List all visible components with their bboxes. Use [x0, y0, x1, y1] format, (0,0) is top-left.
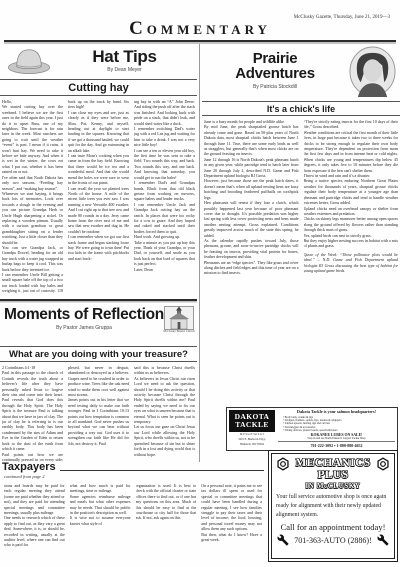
prairie-byline: By Patricia Stockdill: [202, 84, 348, 90]
cowboy-hat-photo: [0, 45, 52, 76]
church-caption: McClusky Baptist Church: [163, 330, 195, 334]
hat-tips-column-2: back up on the truck by hand. Six tiers …: [68, 99, 129, 294]
dakota-address-line1: 3201 E. Bismarck Expy.: [229, 438, 275, 441]
mechanics-phone-row: 701-363-AUTO (2886)!: [276, 534, 390, 546]
hat-tips-titlebox: Hat Tips By Dean Meyer: [52, 48, 197, 73]
moments-header: Moments of Reflection By Pastor James Gr…: [0, 305, 197, 343]
moments-top-rule: [0, 299, 197, 301]
dakota-ad-copy: Dakota Tackle is your salmon headquarter…: [278, 410, 395, 448]
mechanics-cta: Call for an appointment today!: [276, 522, 390, 532]
dakota-address-line2: Bismarck, ND 58504: [229, 443, 275, 446]
dakota-tackle-logo-block: DAKOTA TACKLE M-F 9 to 8; Sat 9 to 5 320…: [229, 410, 275, 448]
moments-column-1: 2 Corinthians 4:1-18 Paul in this passag…: [2, 365, 63, 462]
mechanics-phone: 701-363-AUTO (2886)!: [294, 536, 371, 545]
hat-tips-headline: Cutting hay: [0, 79, 197, 96]
moments-body: 2 Corinthians 4:1-18 Paul in this passag…: [0, 362, 197, 462]
moments-title: Moments of Reflection: [0, 307, 168, 323]
taxpayers-column-4: On a personal note, it pains me to see t…: [201, 483, 262, 560]
hex-nut-icon: [376, 457, 390, 471]
dakota-tagline: Stop in and see North Dakota's Largest T…: [278, 437, 395, 440]
hat-tips-column-3: ing hay in with an “A” John Deere. And r…: [134, 99, 195, 294]
mechanics-plus-ad[interactable]: MECHANICS PLUS IN McCLUSKY Your full ser…: [268, 450, 398, 562]
wrench-icon: [277, 534, 289, 546]
dakota-headline: Dakota Tackle is your salmon headquarter…: [278, 410, 395, 415]
mechanics-ad-inner: MECHANICS PLUS IN McCLUSKY Your full ser…: [271, 453, 395, 559]
wrench-icon: [377, 534, 389, 546]
taxpayers-body: sions and boards may be paid for each re…: [2, 480, 264, 560]
hat-tips-byline: By Dean Meyer: [52, 67, 197, 73]
moments-column-2: plexed, but never in despair, abandoned …: [68, 365, 129, 462]
prairie-column-1: June is a busy month for people and wild…: [204, 119, 299, 404]
mechanics-body-text: Your full service automotive shop is onc…: [276, 493, 390, 519]
hat-tips-header: Hat Tips By Dean Meyer: [0, 44, 197, 76]
prairie-headline: It's a chick's life: [202, 101, 400, 116]
taxpayers-column-3: organization is used. It is best to chec…: [136, 483, 197, 560]
taxpayers-headrow: Taxpayers: [2, 462, 264, 473]
hex-nut-icon: [276, 457, 290, 471]
dakota-bullet-list: • Body baits, cranks & jigs • Dodgers, f…: [283, 416, 395, 432]
dakota-tackle-logo: DAKOTA TACKLE: [229, 410, 275, 432]
taxpayers-section: Taxpayers continued from page 2 sions an…: [2, 462, 264, 560]
mechanics-subtitle: IN McCLUSKY: [290, 482, 376, 490]
prairie-titlebox: Prairie Adventures By Patricia Stockdill: [202, 52, 348, 89]
dakota-logo-line2: TACKLE: [229, 421, 275, 429]
hat-tips-body: Hello, We started cutting hay over the w…: [0, 96, 197, 294]
taxpayers-continued-note: continued from page 2: [4, 474, 264, 479]
hat-tips-column-1: Hello, We started cutting hay over the w…: [2, 99, 63, 294]
prairie-title-line2: Adventures: [202, 67, 348, 82]
moments-byline: By Pastor James Gruppa: [0, 325, 168, 331]
quote-of-the-week: Quote of the Week: “Those pollinator plo…: [304, 252, 399, 274]
right-article-column: Prairie Adventures By Patricia Stockdill…: [202, 44, 400, 451]
mechanics-titleblock: MECHANICS PLUS IN McCLUSKY: [290, 457, 376, 490]
dakota-phone: 701-222-3092 • 1-800-880-4652: [278, 441, 395, 448]
hat-tips-title: Hat Tips: [52, 48, 197, 65]
mechanics-title: MECHANICS PLUS: [290, 457, 376, 481]
mechanics-top-row: MECHANICS PLUS IN McCLUSKY: [276, 457, 390, 490]
moments-titlebox: Moments of Reflection By Pastor James Gr…: [0, 307, 168, 331]
taxpayers-column-2: what and how much is paid for meetings, …: [70, 483, 131, 560]
prairie-body: June is a busy month for people and wild…: [202, 116, 400, 404]
prairie-column-2-text: “They're strictly eating insects for the…: [304, 119, 399, 249]
moments-headline: What are you doing with your treasure?: [0, 346, 197, 362]
prairie-column-2: “They're strictly eating insects for the…: [304, 119, 399, 404]
author-headshot: [348, 46, 400, 97]
taxpayers-title: Taxpayers: [2, 462, 56, 473]
church-photo: McClusky Baptist Church: [163, 306, 195, 334]
prairie-header: Prairie Adventures By Patricia Stockdill: [202, 44, 400, 98]
dakota-tackle-ad[interactable]: DAKOTA TACKLE M-F 9 to 8; Sat 9 to 5 320…: [226, 407, 398, 451]
dakota-bullet: • Diving devices, planer boards, speed i…: [283, 429, 395, 432]
taxpayers-rule: [60, 470, 264, 471]
left-article-column: Hat Tips By Dean Meyer Cutting hay Hello…: [0, 44, 200, 462]
page-title: Commentary: [0, 18, 400, 40]
newspaper-page: McClusky Gazette, Thursday, June 21, 201…: [0, 0, 400, 567]
moments-column-3: said this is because Christ dwells withi…: [134, 365, 195, 462]
taxpayers-column-1: sions and boards may be paid for each re…: [4, 483, 65, 560]
masthead-rule: [4, 40, 396, 42]
dakota-hours: M-F 9 to 8; Sat 9 to 5: [229, 433, 275, 436]
